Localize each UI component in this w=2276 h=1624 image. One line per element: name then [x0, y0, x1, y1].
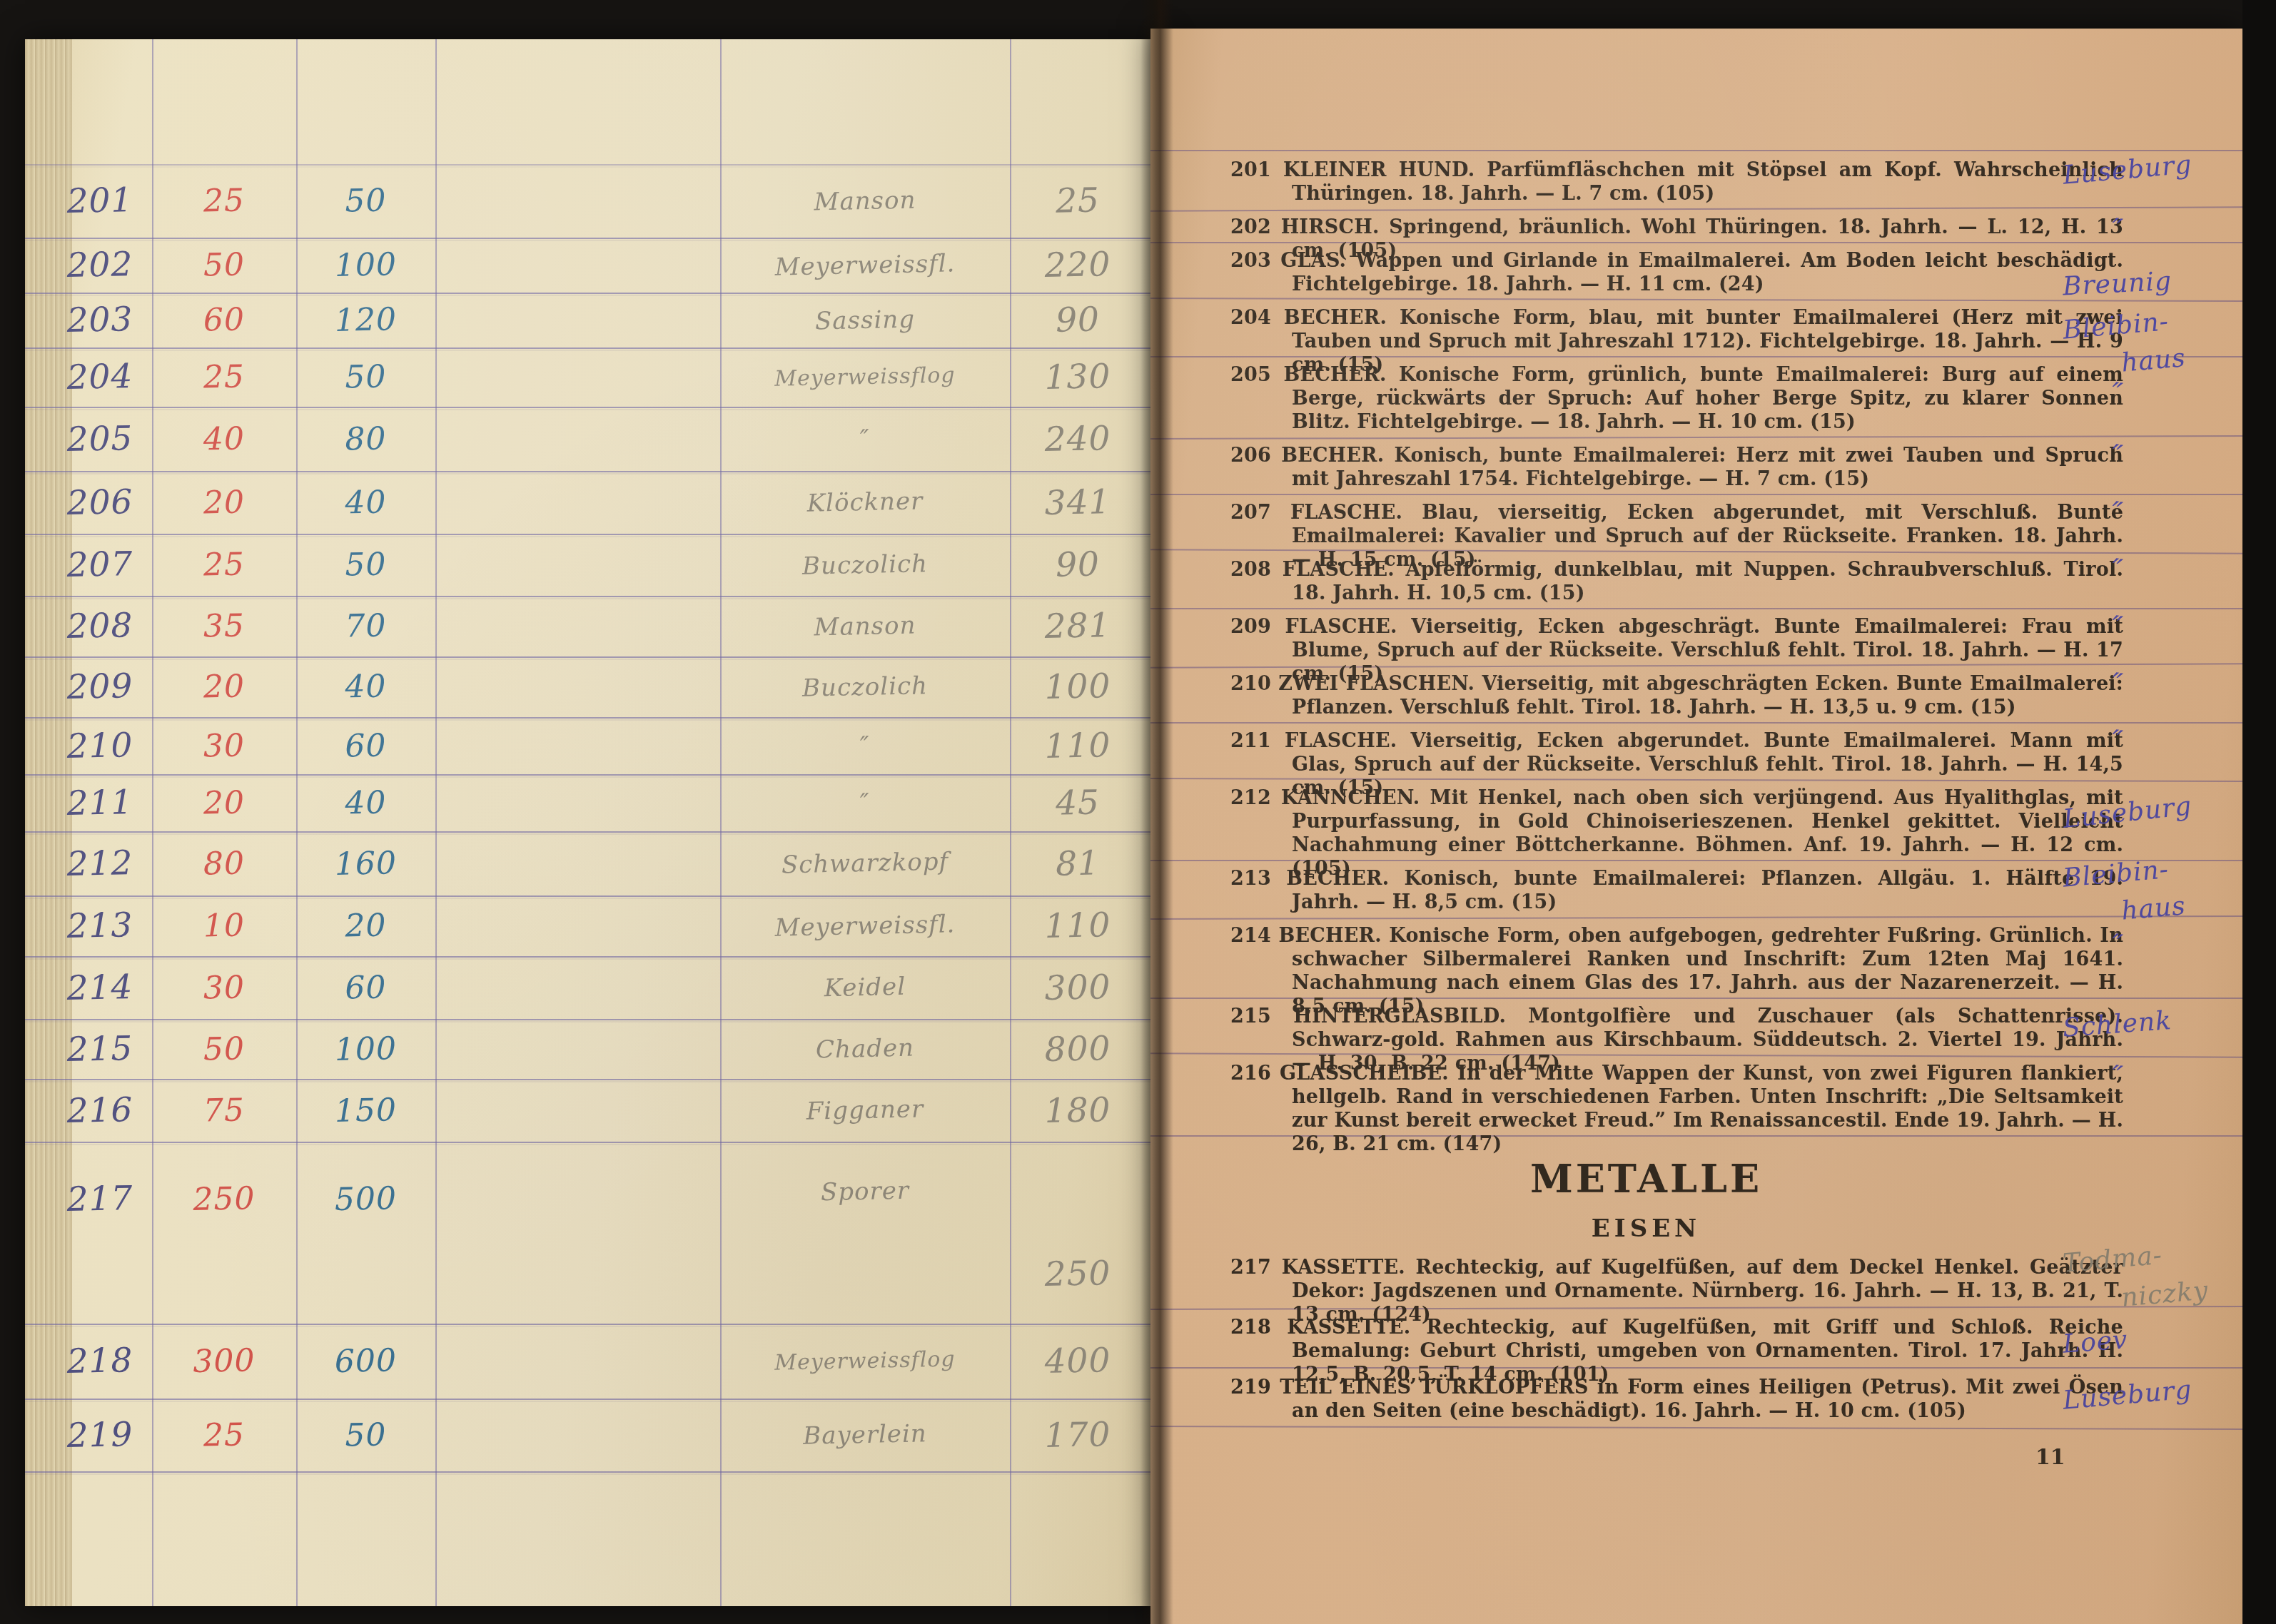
- lot-number: 215: [46, 1017, 154, 1080]
- hammer-price: 220: [1009, 236, 1146, 294]
- start-price: 80: [151, 830, 297, 897]
- limit-price: 150: [295, 1077, 436, 1143]
- entry-text: BECHER. Konisch, bunte Emailmalerei: Her…: [1281, 445, 2123, 490]
- limit-price: 40: [295, 655, 436, 719]
- hammer-price: 180: [1009, 1077, 1146, 1143]
- limit-price: 60: [295, 716, 436, 776]
- entry-text: GLASSCHEIBE. In der Mitte Wappen der Kun…: [1280, 1062, 2123, 1155]
- buyer-name: Manson: [719, 593, 1011, 659]
- margin-buyer-note-pencil: Todma-: [2062, 1234, 2242, 1279]
- start-price: 25: [151, 532, 297, 597]
- limit-price: 50: [295, 163, 436, 239]
- start-price: 25: [151, 346, 297, 408]
- limit-price: 500: [295, 1140, 436, 1257]
- start-price: 35: [151, 594, 297, 658]
- catalog-page: 201 KLEINER HUND. Parfümfläschchen mit S…: [1150, 29, 2242, 1624]
- limit-price: 80: [295, 405, 436, 472]
- ledger-row: 214 30 60 Keidel 300: [25, 956, 1163, 1019]
- ledger-row: 204 25 50 Meyerweissflog 130: [25, 347, 1163, 407]
- start-price: 60: [151, 291, 297, 349]
- entry-rule: [1150, 722, 2242, 724]
- entry-number: 219: [1230, 1376, 1271, 1399]
- entry-text: BECHER. Konische Form, oben aufgebogen, …: [1279, 925, 2123, 1017]
- start-price: 300: [151, 1322, 297, 1400]
- buyer-name: Bayerlein: [719, 1396, 1011, 1474]
- lot-number: 212: [46, 830, 154, 896]
- buyer-name: Meyerweissfl.: [719, 893, 1011, 959]
- hammer-price: 90: [1009, 291, 1146, 349]
- hammer-price: 25: [1009, 163, 1146, 239]
- catalog-entry: 210 ZWEI FLASCHEN. Vierseitig, mit abges…: [1230, 672, 2123, 719]
- ledger-row: 208 35 70 Manson 281: [25, 596, 1163, 656]
- buyer-name: Sporer: [719, 1139, 1011, 1244]
- entry-number: 218: [1230, 1316, 1271, 1339]
- ledger-row: 213 10 20 Meyerweissfl. 110: [25, 895, 1163, 956]
- lot-number: 203: [46, 291, 154, 348]
- lot-number: 211: [46, 773, 154, 832]
- hammer-price: 800: [1009, 1017, 1146, 1080]
- book-cover-edge: [2242, 0, 2276, 1624]
- entry-number: 213: [1230, 868, 1271, 890]
- entry-text: TEIL EINES TÜRKLOPFERS in Form eines Hei…: [1280, 1376, 2123, 1422]
- buyer-name: Figganer: [719, 1076, 1011, 1145]
- start-price: 250: [151, 1140, 297, 1257]
- auction-catalog-scan: 201 25 50 Manson 25 202 50 100 Meyerweis…: [0, 0, 2276, 1624]
- start-price: 50: [151, 236, 297, 294]
- entry-rule: [1150, 608, 2242, 609]
- ledger-row: 218 300 600 Meyerweissflog 400: [25, 1324, 1163, 1399]
- lot-number: 205: [46, 405, 154, 472]
- buyer-name: Buczolich: [719, 531, 1011, 599]
- ledger-row: 215 50 100 Chaden 800: [25, 1019, 1163, 1079]
- start-price: 30: [151, 955, 297, 1020]
- hammer-price: 240: [1009, 405, 1146, 472]
- buyer-name: Meyerweissflog: [719, 345, 1011, 410]
- entry-number: 216: [1230, 1062, 1271, 1085]
- limit-price: 20: [295, 894, 436, 958]
- hammer-price: 110: [1009, 716, 1146, 776]
- catalog-entry: 206 BECHER. Konisch, bunte Emailmalerei:…: [1230, 444, 2123, 491]
- entry-rule: [1150, 1426, 2242, 1430]
- entry-rule: [1150, 915, 2242, 920]
- lot-number: 202: [46, 236, 154, 293]
- hammer-price: 400: [1009, 1322, 1146, 1400]
- lot-number: 218: [46, 1322, 154, 1399]
- ledger-page: 201 25 50 Manson 25 202 50 100 Meyerweis…: [25, 39, 1163, 1606]
- subsection-heading: EISEN: [1230, 1214, 2062, 1243]
- buyer-name: Klöckner: [719, 468, 1011, 537]
- entry-number: 207: [1230, 502, 1271, 524]
- start-price: 20: [151, 655, 297, 719]
- entry-number: 202: [1230, 216, 1271, 238]
- start-price: 20: [151, 470, 297, 535]
- entry-number: 209: [1230, 616, 1271, 638]
- entry-number: 210: [1230, 673, 1271, 695]
- hammer-price: 281: [1009, 594, 1146, 658]
- buyer-name: Buczolich: [719, 654, 1011, 720]
- entry-rule: [1150, 494, 2242, 495]
- limit-price: 40: [295, 470, 436, 535]
- hammer-price: 110: [1009, 894, 1146, 958]
- buyer-name: Schwarzkopf: [719, 828, 1011, 898]
- lot-number: 201: [46, 163, 154, 238]
- ledger-row: 216 75 150 Figganer 180: [25, 1079, 1163, 1142]
- limit-price: 100: [295, 236, 436, 294]
- book-gutter: [1140, 0, 1173, 1624]
- page-number: 11: [2035, 1445, 2093, 1470]
- lot-number: 208: [46, 594, 154, 657]
- entry-number: 217: [1230, 1257, 1271, 1279]
- limit-price: 50: [295, 1397, 436, 1473]
- start-price: 10: [151, 894, 297, 958]
- ledger-row: 207 25 50 Buczolich 90: [25, 534, 1163, 596]
- lot-number: 206: [46, 470, 154, 534]
- entry-number: 212: [1230, 787, 1271, 809]
- lot-number: 204: [46, 346, 154, 407]
- catalog-entry: 205 BECHER. Konische Form, grünlich, bun…: [1230, 363, 2123, 434]
- limit-price: 50: [295, 346, 436, 408]
- buyer-ditto-mark: ″: [719, 404, 1011, 474]
- hammer-price: 81: [1009, 830, 1146, 897]
- catalog-entry: 213 BECHER. Konisch, bunte Emailmalerei:…: [1230, 867, 2123, 914]
- start-price: 75: [151, 1077, 297, 1143]
- start-price: 25: [151, 163, 297, 239]
- start-price: 30: [151, 716, 297, 776]
- buyer-ditto-mark: ″: [719, 714, 1011, 777]
- ledger-row: 206 20 40 Klöckner 341: [25, 471, 1163, 534]
- limit-price: 100: [295, 1017, 436, 1080]
- start-price: 40: [151, 405, 297, 472]
- buyer-ditto-mark: ″: [719, 771, 1011, 834]
- hammer-price: 100: [1009, 655, 1146, 719]
- entry-text: ZWEI FLASCHEN. Vierseitig, mit abgeschrä…: [1278, 673, 2123, 719]
- buyer-name: Sassing: [719, 290, 1011, 350]
- ledger-row: 212 80 160 Schwarzkopf 81: [25, 831, 1163, 895]
- lot-number: 209: [46, 655, 154, 718]
- lot-number: 216: [46, 1077, 154, 1142]
- entry-rule: [1150, 150, 2242, 151]
- start-price: 20: [151, 773, 297, 833]
- entry-text: KÄNNCHEN. Mit Henkel, nach oben sich ver…: [1281, 787, 2123, 880]
- hammer-price: 300: [1009, 955, 1146, 1020]
- catalog-entry: 208 FLASCHE. Apfelförmig, dunkelblau, mi…: [1230, 558, 2123, 605]
- ledger-row: 211 20 40 ″ 45: [25, 774, 1163, 831]
- entry-text: FLASCHE. Apfelförmig, dunkelblau, mit Nu…: [1283, 559, 2123, 604]
- lot-number: 213: [46, 894, 154, 957]
- limit-price: 60: [295, 955, 436, 1020]
- ledger-row: 205 40 80 ″ 240: [25, 407, 1163, 471]
- start-price: 25: [151, 1397, 297, 1473]
- buyer-name: Keidel: [719, 953, 1011, 1022]
- hammer-price: 130: [1009, 346, 1146, 408]
- catalog-entry: 203 GLAS. Wappen und Girlande in Emailma…: [1230, 249, 2123, 296]
- entry-number: 205: [1230, 364, 1271, 386]
- section-heading: METALLE: [1230, 1156, 2062, 1202]
- hammer-price: 250: [1009, 1233, 1146, 1314]
- buyer-name: Meyerweissfl.: [719, 235, 1011, 295]
- entry-number: 214: [1230, 925, 1271, 947]
- ledger-row: 217 250 500 Sporer 250: [25, 1142, 1163, 1324]
- hammer-price: 90: [1009, 532, 1146, 597]
- ledger-row: 219 25 50 Bayerlein 170: [25, 1399, 1163, 1471]
- entry-text: KLEINER HUND. Parfümfläschchen mit Stöps…: [1283, 159, 2123, 205]
- hammer-price: 45: [1009, 773, 1146, 833]
- hammer-price: 341: [1009, 470, 1146, 535]
- lot-number: 210: [46, 716, 154, 775]
- entry-rule: [1150, 206, 2242, 211]
- ledger-row: 201 25 50 Manson 25: [25, 164, 1163, 238]
- ledger-row: 203 60 120 Sassing 90: [25, 293, 1163, 347]
- limit-price: 600: [295, 1322, 436, 1400]
- start-price: 50: [151, 1017, 297, 1080]
- entry-text: BECHER. Konisch, bunte Emailmalerei: Pfl…: [1286, 868, 2123, 913]
- entry-text: BECHER. Konische Form, grünlich, bunte E…: [1283, 364, 2123, 433]
- entry-number: 203: [1230, 250, 1271, 272]
- margin-buyer-note: Luseburg: [2062, 146, 2242, 191]
- catalog-entry: 219 TEIL EINES TÜRKLOPFERS in Form eines…: [1230, 1376, 2123, 1423]
- lot-number: 207: [46, 532, 154, 597]
- entry-number: 201: [1230, 159, 1271, 181]
- lot-number: 219: [46, 1397, 154, 1472]
- limit-price: 160: [295, 830, 436, 897]
- limit-price: 120: [295, 291, 436, 349]
- catalog-entry: 201 KLEINER HUND. Parfümfläschchen mit S…: [1230, 158, 2123, 205]
- limit-price: 70: [295, 594, 436, 658]
- buyer-name: Meyerweissflog: [719, 1321, 1011, 1401]
- entry-number: 204: [1230, 307, 1271, 329]
- buyer-name: Chaden: [719, 1016, 1011, 1082]
- lot-number: 214: [46, 955, 154, 1020]
- lot-number: 217: [45, 1140, 154, 1257]
- ledger-row: 202 50 100 Meyerweissfl. 220: [25, 238, 1163, 293]
- buyer-name: Manson: [719, 161, 1011, 240]
- entry-number: 215: [1230, 1005, 1271, 1027]
- entry-number: 211: [1230, 730, 1271, 752]
- ledger-row: 209 20 40 Buczolich 100: [25, 656, 1163, 717]
- entry-number: 208: [1230, 559, 1271, 581]
- limit-price: 40: [295, 773, 436, 833]
- entry-rule: [1150, 435, 2242, 440]
- hammer-price: 170: [1009, 1397, 1146, 1473]
- catalog-entry: 216 GLASSCHEIBE. In der Mitte Wappen der…: [1230, 1062, 2123, 1156]
- entry-number: 206: [1230, 445, 1271, 467]
- ledger-row: 210 30 60 ″ 110: [25, 717, 1163, 774]
- limit-price: 50: [295, 532, 436, 597]
- entry-text: GLAS. Wappen und Girlande in Emailmalere…: [1280, 250, 2123, 295]
